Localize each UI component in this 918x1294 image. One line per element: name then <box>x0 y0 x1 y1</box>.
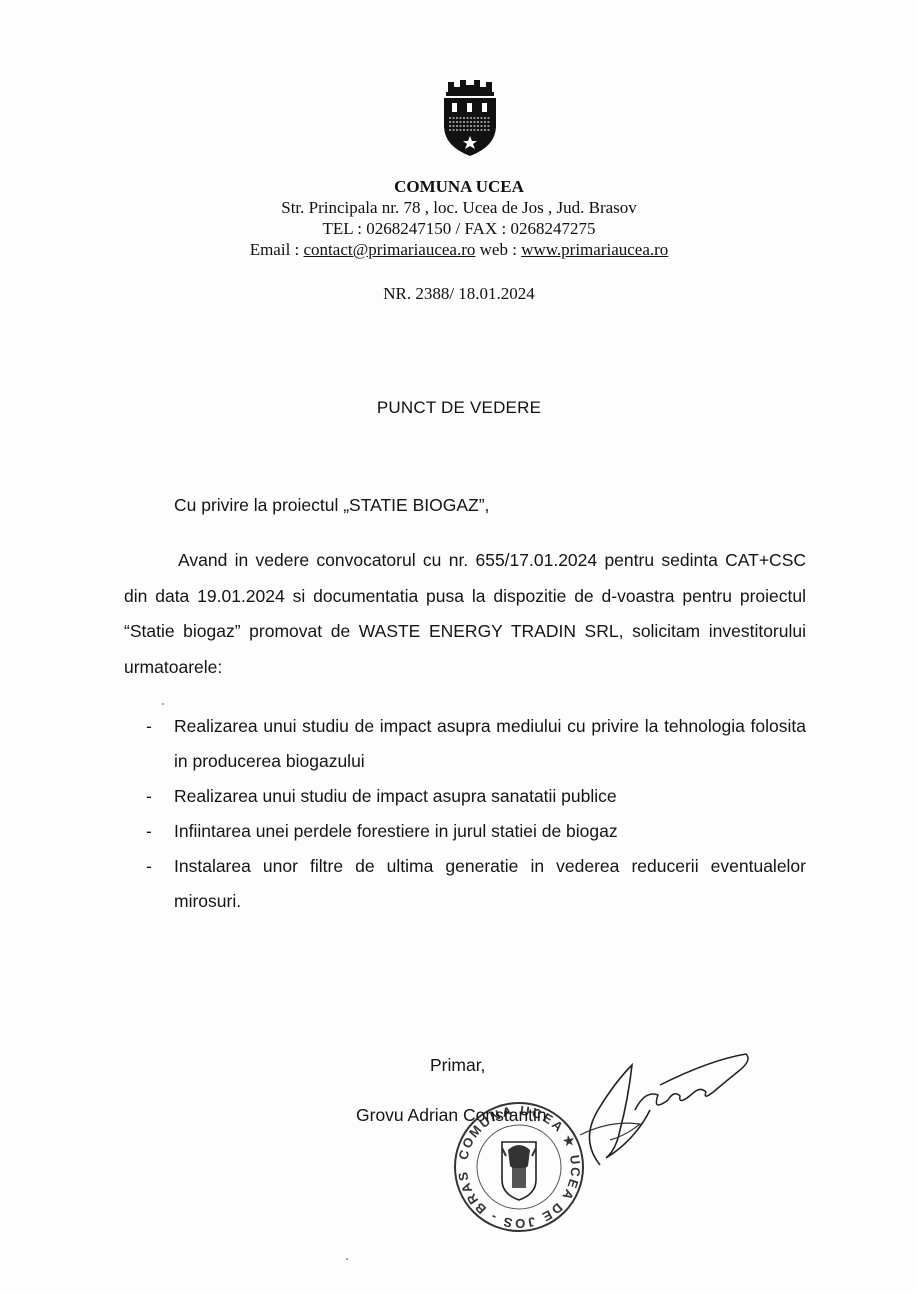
list-item: -Realizarea unui studiu de impact asupra… <box>124 779 806 814</box>
email-label: Email : <box>250 240 304 259</box>
coat-of-arms-icon <box>440 78 500 158</box>
scan-speck <box>346 1258 348 1260</box>
dash-bullet: - <box>146 779 152 814</box>
signer-name: Grovu Adrian Constantin <box>356 1105 547 1126</box>
institution-name: COMUNA UCEA <box>0 176 918 197</box>
dash-bullet: - <box>146 814 152 849</box>
list-item: -Realizarea unui studiu de impact asupra… <box>124 709 806 779</box>
handwritten-signature-icon <box>540 1040 760 1170</box>
dash-bullet: - <box>146 849 152 884</box>
signer-role: Primar, <box>430 1055 485 1076</box>
web-label: web : <box>475 240 521 259</box>
web-link[interactable]: www.primariaucea.ro <box>521 240 668 259</box>
email-link[interactable]: contact@primariaucea.ro <box>304 240 476 259</box>
list-item: -Infiintarea unei perdele forestiere in … <box>124 814 806 849</box>
body-paragraph: Avand in vedere convocatorul cu nr. 655/… <box>124 543 806 685</box>
letterhead: COMUNA UCEA Str. Principala nr. 78 , loc… <box>0 176 918 260</box>
dash-bullet: - <box>146 709 152 744</box>
list-item: -Instalarea unor filtre de ultima genera… <box>124 849 806 919</box>
body-paragraph-text: Avand in vedere convocatorul cu nr. 655/… <box>124 550 806 677</box>
document-title: PUNCT DE VEDERE <box>0 398 918 418</box>
reference-number: NR. 2388/ 18.01.2024 <box>0 284 918 304</box>
regarding-line: Cu privire la proiectul „STATIE BIOGAZ”, <box>174 495 489 516</box>
address: Str. Principala nr. 78 , loc. Ucea de Jo… <box>0 197 918 218</box>
phone-fax: TEL : 0268247150 / FAX : 0268247275 <box>0 218 918 239</box>
requests-list: -Realizarea unui studiu de impact asupra… <box>124 709 806 919</box>
scan-speck <box>162 703 164 705</box>
document-page: COMUNA UCEA Str. Principala nr. 78 , loc… <box>0 0 918 1294</box>
contact-line: Email : contact@primariaucea.ro web : ww… <box>0 239 918 260</box>
